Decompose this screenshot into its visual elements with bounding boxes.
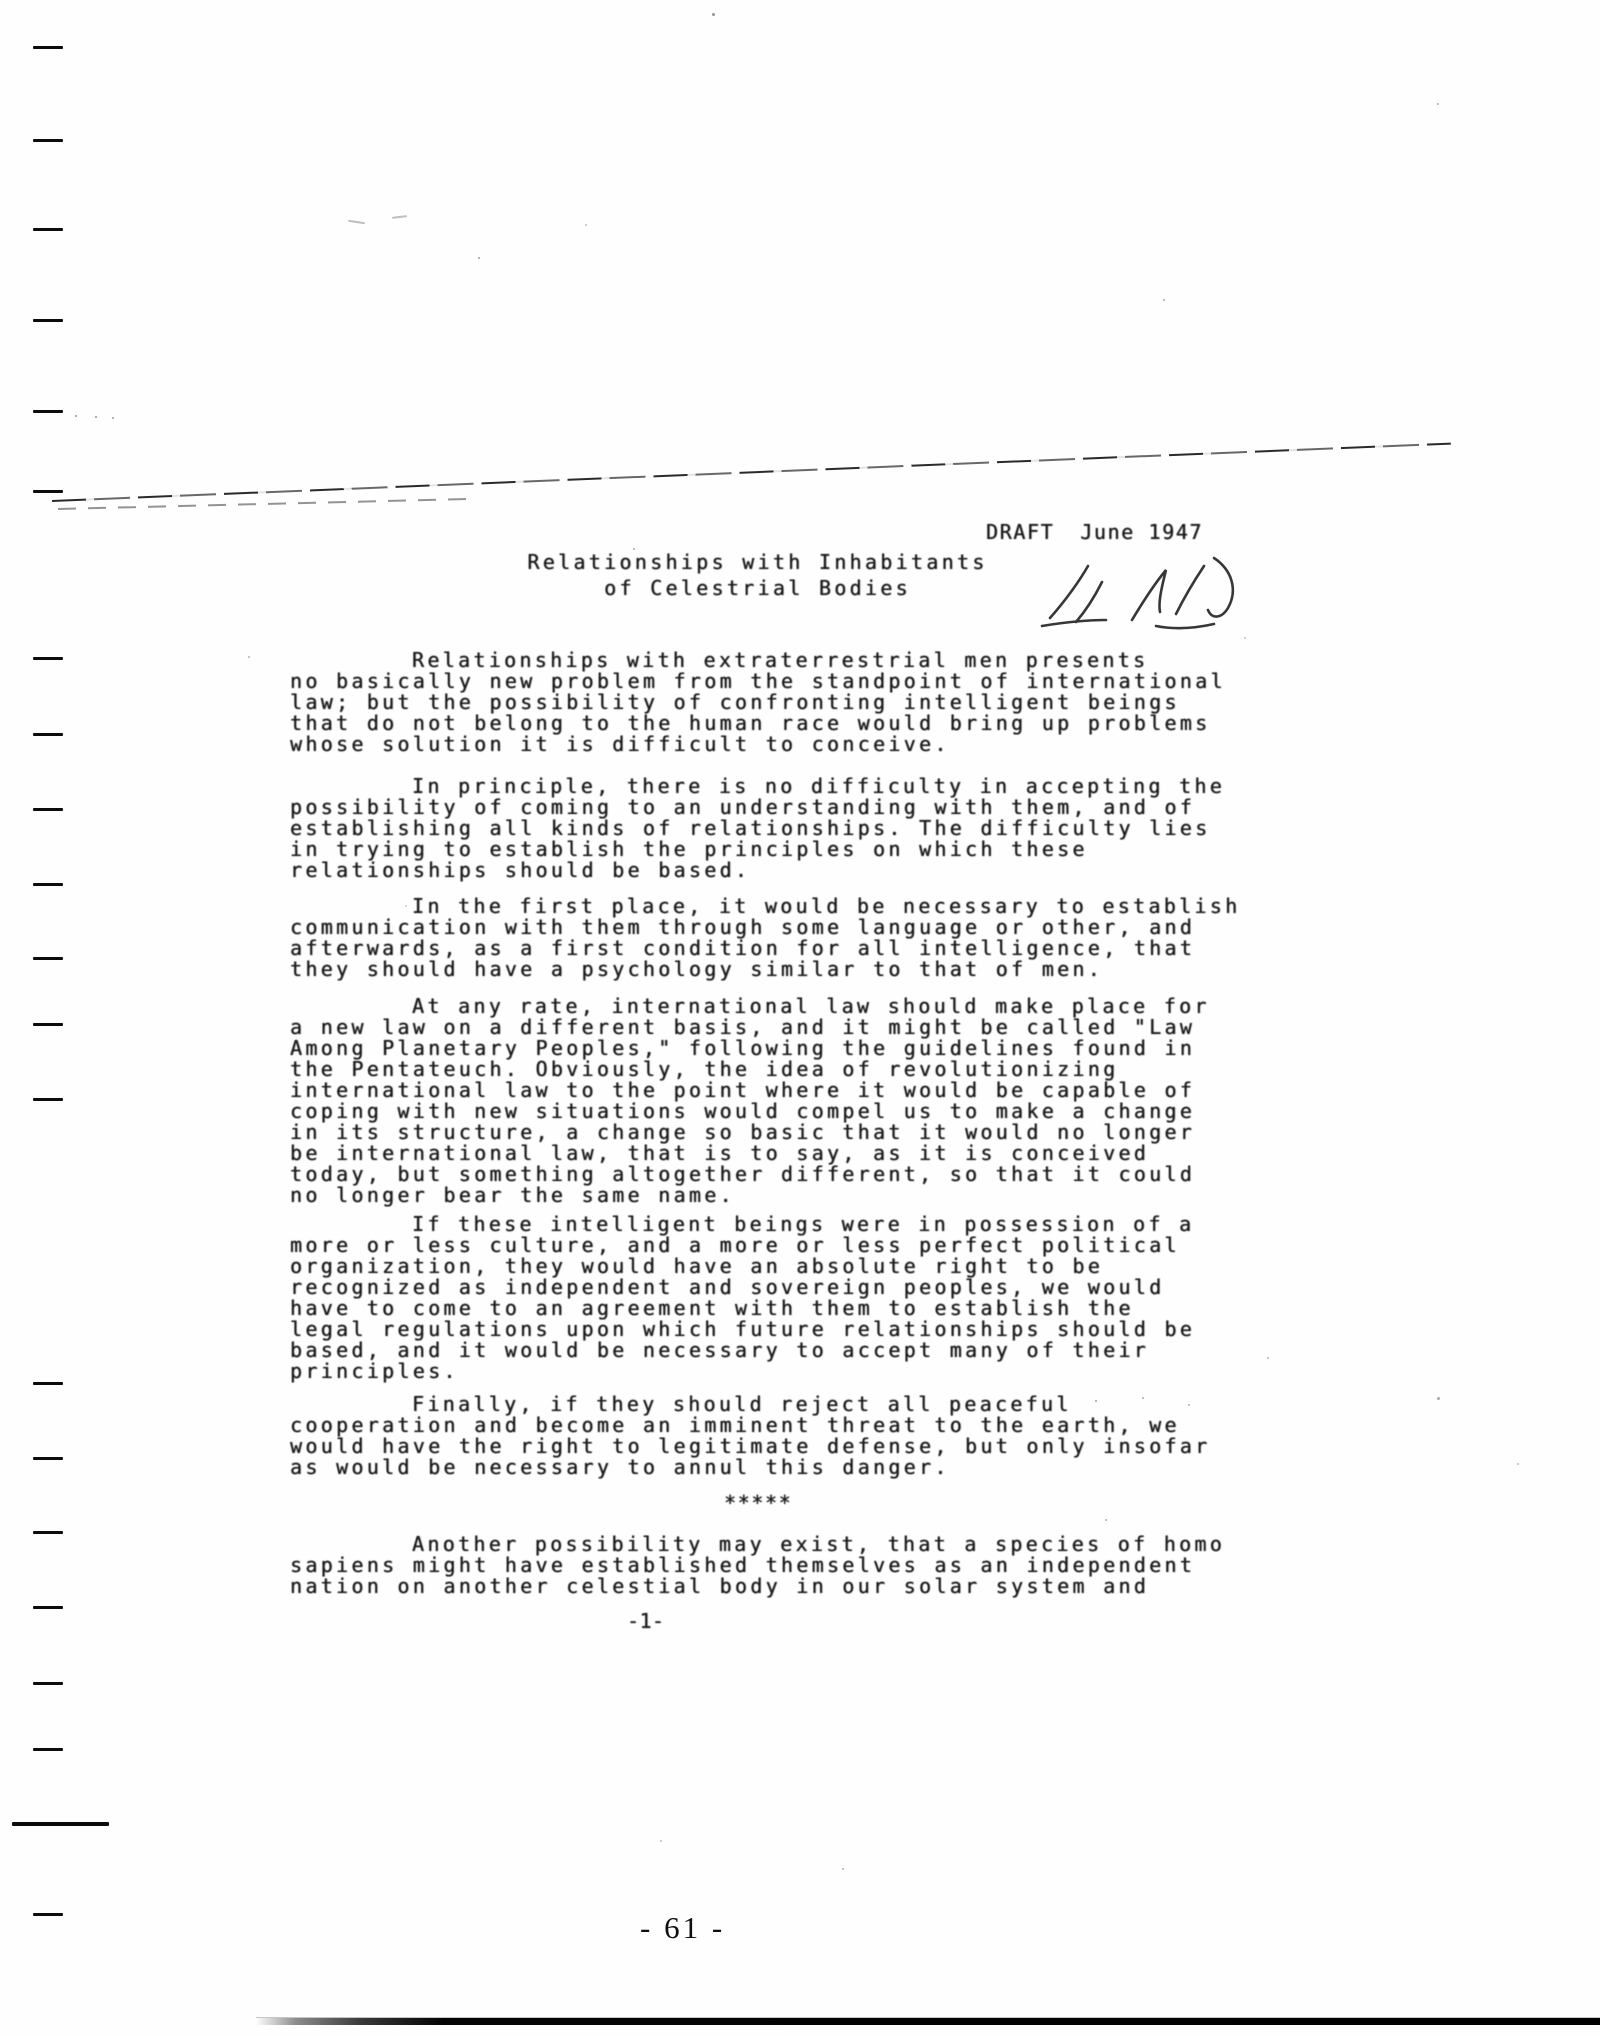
text-line: Another possibility may exist, that a sp…	[290, 1534, 1225, 1555]
text-line: law; but the possibility of confronting …	[290, 692, 1226, 713]
text-line: possibility of coming to an understandin…	[290, 797, 1225, 818]
paragraph-7: Another possibility may exist, that a sp…	[290, 1534, 1225, 1597]
text-line: international law to the point where it …	[290, 1080, 1210, 1101]
text-line: that do not belong to the human race wou…	[290, 713, 1226, 734]
text-line: no basically new problem from the standp…	[290, 671, 1226, 692]
text-line: the Pentateuch. Obviously, the idea of r…	[290, 1059, 1210, 1080]
text-line: afterwards, as a first condition for all…	[290, 938, 1240, 959]
text-line: establishing all kinds of relationships.…	[290, 818, 1225, 839]
title-line-1: Relationships with Inhabitants	[290, 549, 1225, 575]
text-line: Among Planetary Peoples," following the …	[290, 1038, 1210, 1059]
text-line: a new law on a different basis, and it m…	[290, 1017, 1210, 1038]
paragraph-6: Finally, if they should reject all peace…	[290, 1394, 1210, 1478]
text-line: no longer bear the same name.	[290, 1185, 1210, 1206]
text-line: relationships should be based.	[290, 860, 1225, 881]
paragraph-3: In the first place, it would be necessar…	[290, 896, 1240, 980]
draft-date: June 1947	[1080, 520, 1203, 544]
text-line: based, and it would be necessary to acce…	[290, 1340, 1195, 1361]
text-line: today, but something altogether differen…	[290, 1164, 1210, 1185]
paragraph-2: In principle, there is no difficulty in …	[290, 776, 1225, 881]
text-line: organization, they would have an absolut…	[290, 1256, 1195, 1277]
paragraph-1: Relationships with extraterrestrial men …	[290, 650, 1226, 755]
text-line: be international law, that is to say, as…	[290, 1143, 1210, 1164]
text-line: communication with them through some lan…	[290, 917, 1240, 938]
text-line: in its structure, a change so basic that…	[290, 1122, 1210, 1143]
typed-text-layer: DRAFTJune 1947 Relationships with Inhabi…	[0, 0, 1600, 2036]
draft-stamp: DRAFTJune 1947	[986, 520, 1203, 544]
text-line: Finally, if they should reject all peace…	[290, 1394, 1210, 1415]
text-line: would have the right to legitimate defen…	[290, 1436, 1210, 1457]
text-line: in trying to establish the principles on…	[290, 839, 1225, 860]
scan-bottom-edge	[256, 2018, 1600, 2025]
text-line: cooperation and become an imminent threa…	[290, 1415, 1210, 1436]
text-line: In principle, there is no difficulty in …	[290, 776, 1225, 797]
document-title: Relationships with Inhabitants of Celest…	[290, 549, 1225, 601]
text-line: legal regulations upon which future rela…	[290, 1319, 1195, 1340]
text-line: recognized as independent and sovereign …	[290, 1277, 1195, 1298]
text-line: as would be necessary to annul this dang…	[290, 1457, 1210, 1478]
printed-page-number: - 61 -	[640, 1910, 725, 1946]
text-line: more or less culture, and a more or less…	[290, 1235, 1195, 1256]
text-line: principles.	[290, 1361, 1195, 1382]
text-line: At any rate, international law should ma…	[290, 996, 1210, 1017]
text-line: Relationships with extraterrestrial men …	[290, 650, 1226, 671]
text-line: have to come to an agreement with them t…	[290, 1298, 1195, 1319]
text-line: In the first place, it would be necessar…	[290, 896, 1240, 917]
document-page: DRAFTJune 1947 Relationships with Inhabi…	[0, 0, 1600, 2036]
paragraph-4: At any rate, international law should ma…	[290, 996, 1210, 1206]
text-line: sapiens might have established themselve…	[290, 1555, 1225, 1576]
typed-page-number: -1-	[627, 1609, 664, 1633]
text-line: nation on another celestial body in our …	[290, 1576, 1225, 1597]
text-line: whose solution it is difficult to concei…	[290, 734, 1226, 755]
draft-label: DRAFT	[986, 520, 1054, 544]
paragraph-5: If these intelligent beings were in poss…	[290, 1214, 1195, 1382]
asterisk-separator: *****	[724, 1491, 792, 1515]
title-line-2: of Celestrial Bodies	[290, 575, 1225, 601]
text-line: they should have a psychology similar to…	[290, 959, 1240, 980]
text-line: coping with new situations would compel …	[290, 1101, 1210, 1122]
text-line: If these intelligent beings were in poss…	[290, 1214, 1195, 1235]
